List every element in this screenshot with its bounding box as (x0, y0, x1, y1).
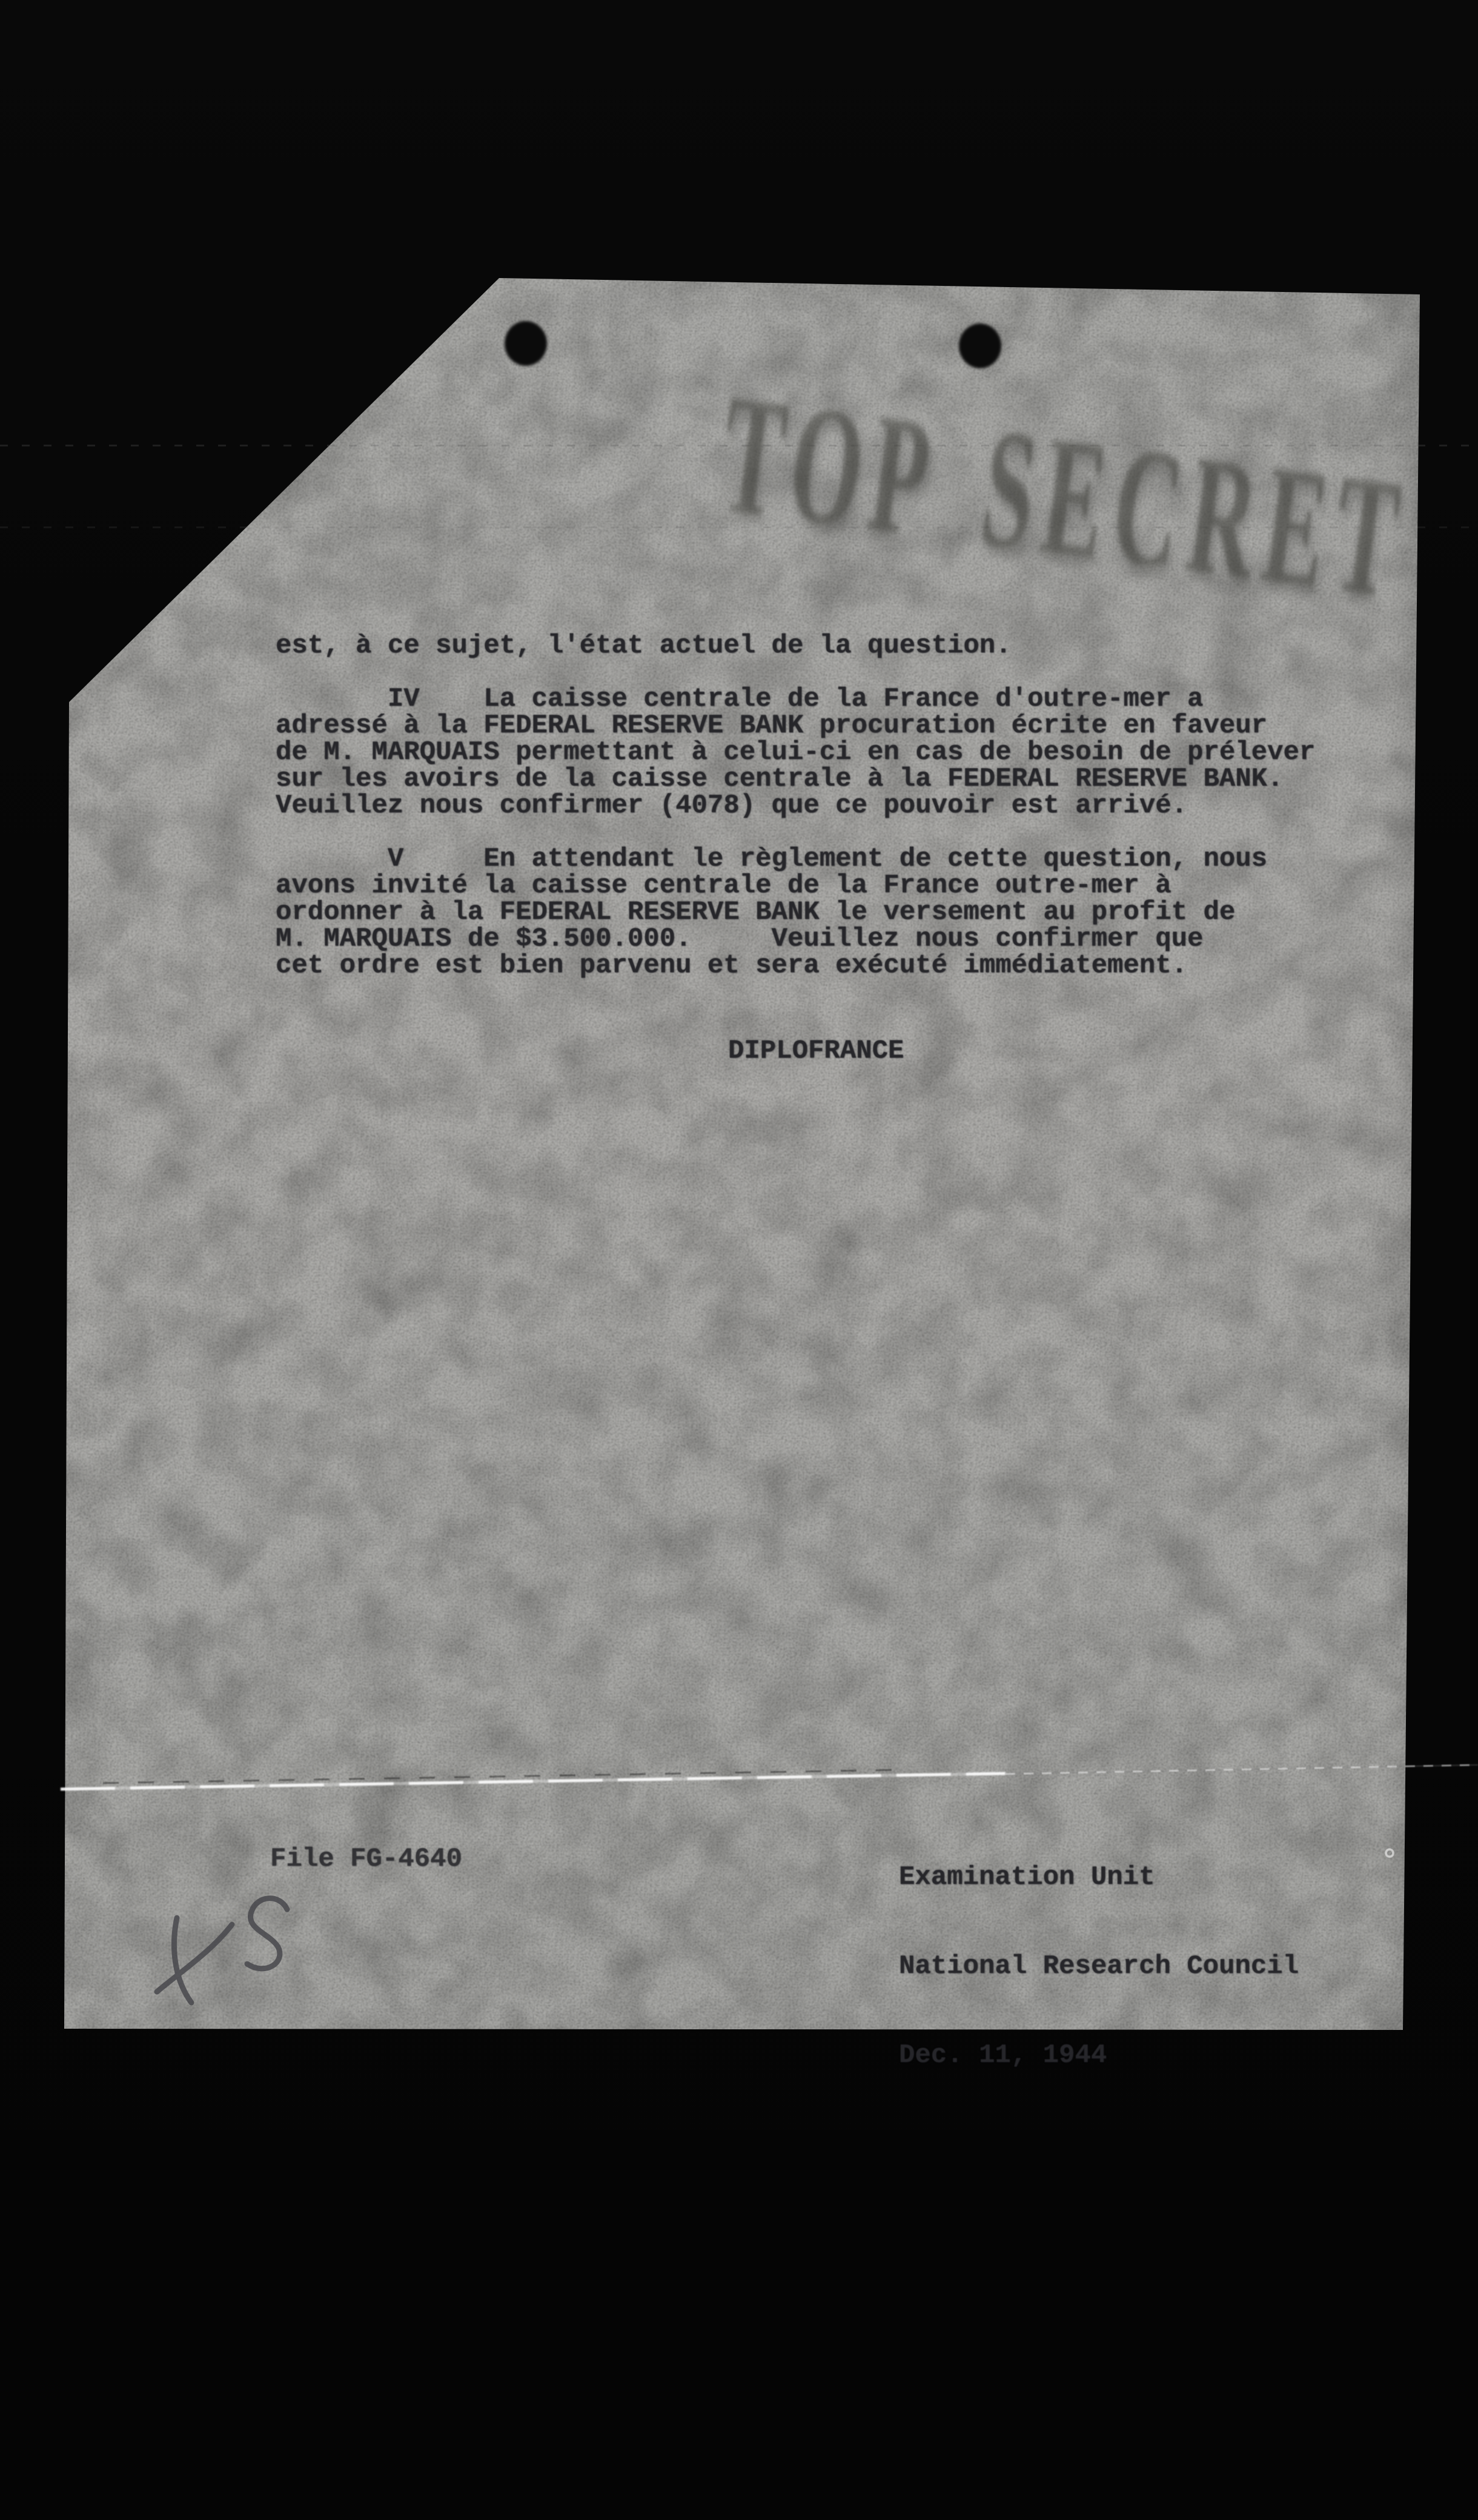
typed-body-text: est, à ce sujet, l'état actuel de la que… (276, 632, 1315, 979)
footer-date-line: Dec. 11, 1944 (899, 2041, 1299, 2071)
footer-unit-line: Examination Unit (899, 1863, 1299, 1892)
scanned-document-frame: TOP SECRET est, à ce sujet, l'état actue… (0, 0, 1478, 2520)
file-number: File FG-4640 (270, 1846, 462, 1872)
typed-signature: DIPLOFRANCE (728, 1038, 904, 1064)
punch-hole-left (505, 321, 547, 366)
footer-attribution-block: Examination Unit National Research Counc… (899, 1803, 1299, 2130)
punch-hole-right (959, 323, 1001, 368)
footer-organization-line: National Research Council (899, 1952, 1299, 1981)
